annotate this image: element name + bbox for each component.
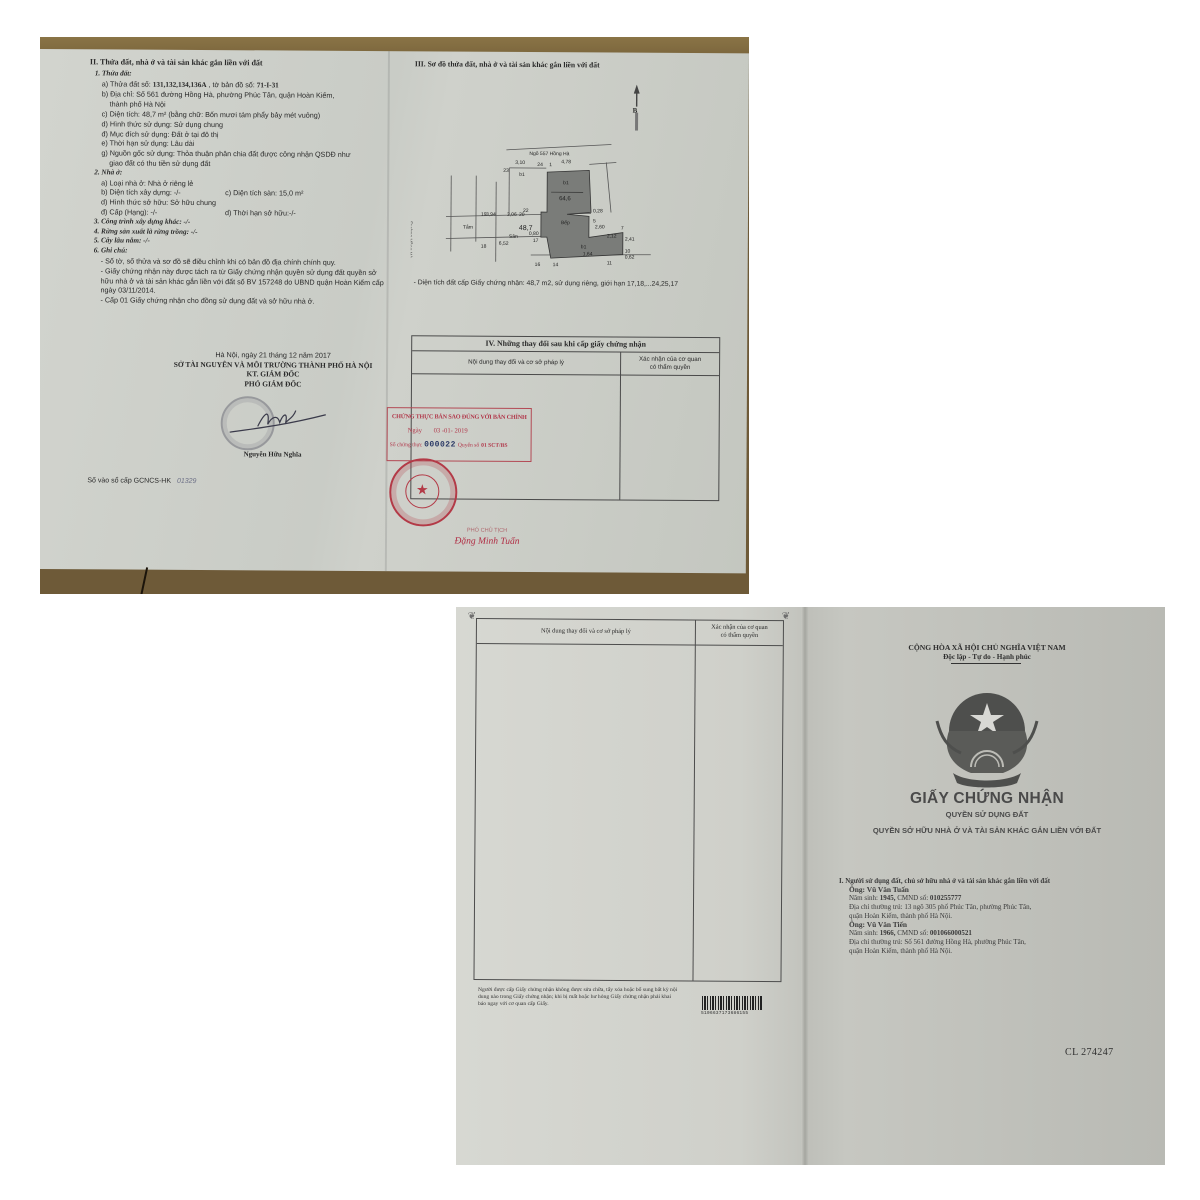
section-ii: II. Thửa đất, nhà ở và tài sản khác gắn … bbox=[88, 57, 390, 307]
stamp-book-value: 01 SCT/BS bbox=[481, 442, 507, 448]
room-label: b1 bbox=[519, 172, 525, 178]
stamp-date-label: Ngày bbox=[408, 427, 422, 434]
room-label: Bếp bbox=[561, 220, 570, 226]
plot-diagram: Ngõ 557 Hồng Hà b1 b1 64,6 48,7 Tắm Sân … bbox=[411, 91, 702, 293]
certification-stamp: CHỨNG THỰC BẢN SAO ĐÚNG VỚI BẢN CHÍNH Ng… bbox=[386, 407, 531, 462]
back-table-header: Nội dung thay đổi và cơ sở pháp lý Xác n… bbox=[477, 619, 783, 646]
national-emblem-icon bbox=[927, 687, 1047, 797]
point-label: 16 bbox=[535, 262, 541, 268]
dimension-label: 4,78 bbox=[561, 159, 571, 165]
back-changes-table: Nội dung thay đổi và cơ sở pháp lý Xác n… bbox=[473, 618, 784, 982]
floor-area: c) Diện tích sàn: 15,0 m² bbox=[225, 188, 303, 198]
official-name: Đặng Minh Tuấn bbox=[417, 536, 557, 547]
id-value: 001066000521 bbox=[930, 929, 972, 937]
point-label: 23 bbox=[503, 168, 509, 174]
barcode-icon bbox=[702, 996, 762, 1010]
ownership-term: d) Thời hạn sở hữu:-/- bbox=[225, 208, 296, 218]
dimension-label: 0,80 bbox=[529, 231, 539, 237]
certificate-subtitle-1: QUYỀN SỬ DỤNG ĐẤT bbox=[809, 810, 1165, 819]
cover-page: CỘNG HÒA XÃ HỘI CHỦ NGHĨA VIỆT NAM Độc l… bbox=[809, 607, 1165, 1165]
col-confirmation: Xác nhận của cơ quan có thẩm quyền bbox=[621, 353, 719, 376]
entry-label: Số vào sổ cấp GCNCS-HK bbox=[87, 477, 171, 485]
dimension-label: 2,41 bbox=[625, 237, 635, 243]
stamp-date-value: 03 -01- 2019 bbox=[434, 427, 468, 434]
room-label: Tắm bbox=[463, 224, 473, 231]
col-confirmation-line2: có thẩm quyền bbox=[696, 632, 783, 641]
map-sheet-value: 71-I-31 bbox=[257, 81, 279, 89]
dimension-label: 3,10 bbox=[515, 160, 525, 166]
birth-label: Năm sinh: bbox=[849, 894, 878, 902]
point-label: 1 bbox=[549, 162, 552, 168]
build-area: b) Diện tích xây dựng: -/- bbox=[101, 188, 211, 198]
stamp-number-row: Số chứng thực 000022 Quyển số 01 SCT/BS bbox=[388, 440, 531, 450]
holder-notice: Người được cấp Giấy chứng nhận không đượ… bbox=[478, 987, 678, 1009]
owners-section: I. Người sử dụng đất, chủ sở hữu nhà ở v… bbox=[839, 877, 1139, 955]
owner-address: Địa chỉ thường trú: Số 561 đường Hồng Hà… bbox=[839, 938, 1139, 947]
point-label: 11 bbox=[607, 260, 612, 266]
photo-cover-pages: ❦ ❦ Nội dung thay đổi và cơ sở pháp lý X… bbox=[456, 607, 1165, 1165]
dimension-label: 1,64 bbox=[583, 251, 593, 257]
point-label: 24 bbox=[537, 162, 543, 168]
owner-id-line: Năm sinh: 1945, CMND số: 010255777 bbox=[839, 894, 1139, 903]
section-ii-heading: II. Thửa đất, nhà ở và tài sản khác gắn … bbox=[90, 57, 390, 69]
barcode-number: 5106637173686155 bbox=[701, 1011, 763, 1016]
dimension-label: 2,12 bbox=[607, 233, 617, 239]
section-iii-heading: III. Sơ đồ thửa đất, nhà ở và tài sản kh… bbox=[415, 59, 735, 70]
note-item: - Giấy chứng nhận này được tách ra từ Gi… bbox=[88, 266, 388, 297]
parcel-label: a) Thửa đất số: bbox=[102, 79, 151, 88]
column-divider bbox=[692, 645, 695, 981]
area-label: c) Diện tích: bbox=[102, 109, 140, 118]
col-changes: Nội dung thay đổi và cơ sở pháp lý bbox=[412, 351, 621, 374]
nation-title: CỘNG HÒA XÃ HỘI CHỦ NGHĨA VIỆT NAM bbox=[809, 643, 1165, 652]
dimension-label: 0,62 bbox=[625, 255, 635, 261]
room-label: b1 bbox=[581, 244, 587, 250]
deputy-director: PHÓ GIÁM ĐỐC bbox=[158, 378, 388, 389]
owner-address: quận Hoàn Kiếm, thành phố Hà Nội. bbox=[839, 947, 1139, 956]
page-gap bbox=[801, 607, 809, 1165]
owner-address: Địa chỉ thường trú: 13 ngõ 305 phố Phúc … bbox=[839, 903, 1139, 912]
point-label: 17 bbox=[533, 238, 539, 244]
room-label: b1 bbox=[563, 180, 569, 186]
id-label: CMND số: bbox=[897, 929, 928, 937]
serial-number: CL 274247 bbox=[1065, 1047, 1114, 1058]
entry-number: Số vào sổ cấp GCNCS-HK 01329 bbox=[87, 477, 196, 485]
dimension-label: 3,94 bbox=[486, 212, 496, 218]
section-iii: III. Sơ đồ thửa đất, nhà ở và tài sản kh… bbox=[415, 59, 735, 70]
official-title: PHÓ CHỦ TỊCH bbox=[437, 527, 537, 534]
certificate-subtitle-2: QUYỀN SỞ HỮU NHÀ Ở VÀ TÀI SẢN KHÁC GẮN L… bbox=[809, 826, 1165, 835]
entry-value: 01329 bbox=[177, 478, 197, 485]
point-label: 7 bbox=[621, 226, 624, 232]
alley-label: Ngõ 557 Hồng Hà bbox=[529, 151, 569, 157]
col-changes: Nội dung thay đổi và cơ sở pháp lý bbox=[477, 619, 696, 645]
house-grade: đ) Cấp (Hạng): -/- bbox=[101, 207, 211, 217]
photo-inner-pages: II. Thửa đất, nhà ở và tài sản khác gắn … bbox=[40, 37, 749, 594]
birth-year: 1966, bbox=[880, 929, 896, 937]
birth-year: 1945, bbox=[880, 894, 896, 902]
stamp-no-value: 000022 bbox=[424, 440, 456, 449]
owner-id-line: Năm sinh: 1966, CMND số: 001066000521 bbox=[839, 929, 1139, 938]
id-value: 010255777 bbox=[930, 894, 962, 902]
signature-icon bbox=[228, 406, 328, 437]
point-label: 22 bbox=[523, 208, 529, 214]
room-label: Sân bbox=[509, 234, 518, 240]
red-seal-icon: ★ bbox=[389, 458, 457, 526]
stamp-title: CHỨNG THỰC BẢN SAO ĐÚNG VỚI BẢN CHÍNH bbox=[388, 413, 531, 421]
parcel-value: 131,132,134,136A bbox=[153, 80, 207, 88]
street-label: Đường Hồng Hà bbox=[411, 221, 413, 258]
motto-underline bbox=[951, 663, 1021, 664]
point-label: 18 bbox=[481, 244, 487, 250]
area-words: (bằng chữ: Bốn mươi tám phẩy bảy mét vuô… bbox=[168, 110, 320, 120]
certificate-inner-spread: II. Thửa đất, nhà ở và tài sản khác gắn … bbox=[40, 49, 749, 573]
column-divider bbox=[619, 374, 621, 500]
birth-label: Năm sinh: bbox=[849, 929, 878, 937]
star-icon: ★ bbox=[405, 474, 439, 508]
signature-block: Hà Nội, ngày 21 tháng 12 năm 2017 SỞ TÀI… bbox=[158, 350, 388, 389]
table-crack bbox=[138, 567, 148, 594]
id-label: CMND số: bbox=[897, 894, 928, 902]
stamp-date: Ngày 03 -01- 2019 bbox=[388, 427, 531, 435]
owner-name: Ông: Vũ Văn Tuấn bbox=[839, 886, 1139, 895]
owner-name: Ông: Vũ Văn Tiến bbox=[839, 921, 1139, 930]
note-item: - Cấp 01 Giấy chứng nhận cho đồng sử dụn… bbox=[88, 295, 388, 307]
signer-name: Nguyễn Hữu Nghĩa bbox=[158, 450, 388, 459]
col-confirmation: Xác nhận của cơ quan có thẩm quyền bbox=[696, 621, 783, 646]
dimension-label: 3,06 bbox=[507, 212, 517, 218]
point-label: 14 bbox=[553, 262, 559, 268]
address-value: Số 561 đường Hồng Hà, phường Phúc Tân, q… bbox=[136, 90, 334, 100]
dimension-label: 2,60 bbox=[595, 224, 605, 230]
stamp-no-label: Số chứng thực bbox=[390, 442, 423, 448]
address-label: b) Địa chỉ: bbox=[102, 90, 134, 99]
stamp-book-label: Quyển số bbox=[458, 442, 479, 448]
changes-table-header: Nội dung thay đổi và cơ sở pháp lý Xác n… bbox=[412, 351, 719, 376]
area-shaded-label: 64,6 bbox=[559, 196, 571, 202]
col-confirmation-line2: có thẩm quyền bbox=[621, 363, 719, 371]
nation-motto: Độc lập - Tự do - Hạnh phúc bbox=[809, 653, 1165, 661]
dimension-label: 6,52 bbox=[499, 241, 509, 247]
certificate-title: GIẤY CHỨNG NHẬN bbox=[809, 790, 1165, 808]
dimension-label: 0,28 bbox=[593, 208, 603, 214]
map-sheet-label: , tờ bản đồ số: bbox=[209, 80, 255, 89]
area-value: 48,7 m² bbox=[142, 110, 166, 119]
